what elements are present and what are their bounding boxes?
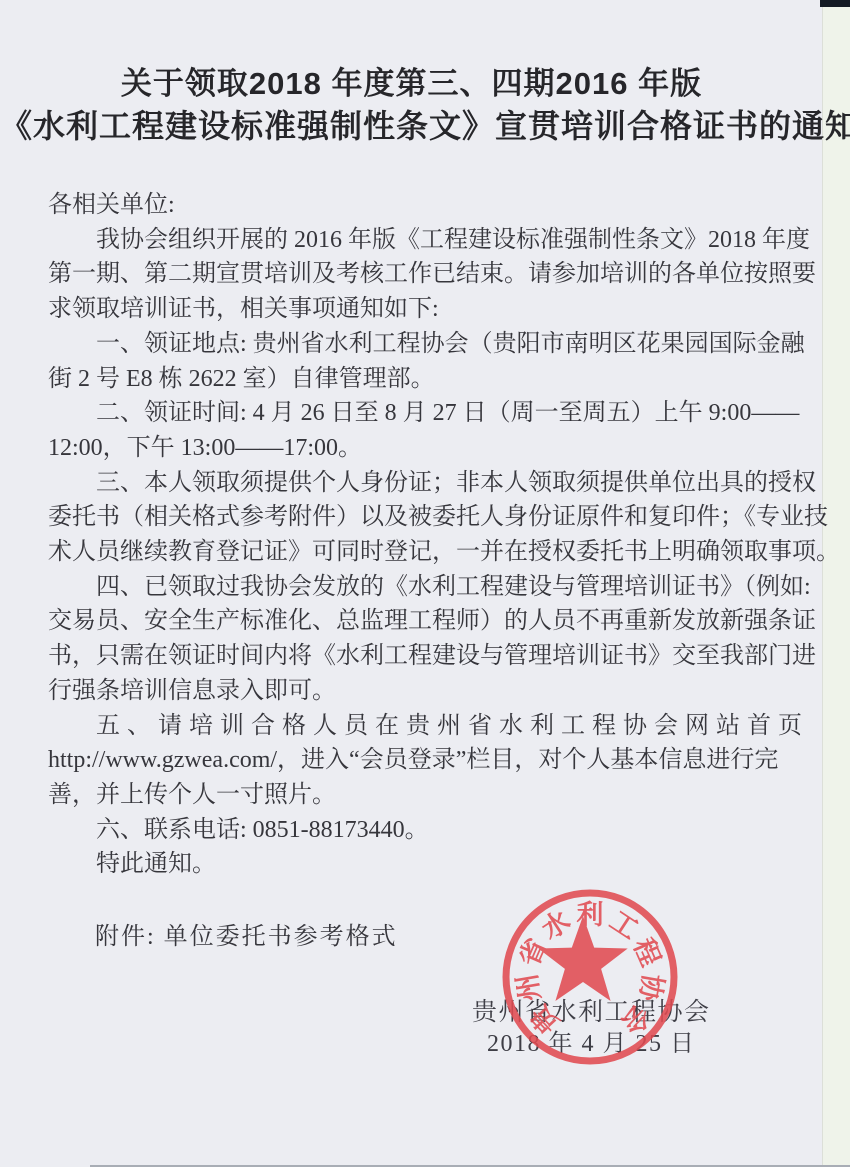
document-line: 善，并上传个人一寸照片。 [48,778,814,813]
document-line: 五、请培训合格人员在贵州省水利工程协会网站首页 [48,709,814,744]
document-line: 街 2 号 E8 栋 2622 室）自律管理部。 [48,362,814,397]
document-line: 求领取培训证书，相关事项通知如下: [48,292,814,327]
document-title-line-1: 关于领取2018 年度第三、四期2016 年版 [0,58,823,103]
scanner-edge-strip [822,0,850,1167]
document-line: 12:00，下午 13:00——17:00。 [48,431,814,466]
official-seal-icon: 贵州省水利工程协会 [495,882,685,1072]
seal-character: 省 [514,934,552,971]
document-line: 六、联系电话: 0851-88173440。 [48,813,814,848]
document-title-line-2: 《水利工程建设标准强制性条文》宣贯培训合格证书的通知 [0,101,823,147]
document-line: http://www.gzwea.com/，进入“会员登录”栏目，对个人基本信息… [48,743,814,778]
document-body: 各相关单位:我协会组织开展的 2016 年版《工程建设标准强制性条文》2018 … [48,188,814,882]
document-line: 行强条培训信息录入即可。 [48,674,814,709]
document-line: 第一期、第二期宣贯培训及考核工作已结束。请参加培训的各单位按照要 [48,257,814,292]
document-line: 四、已领取过我协会发放的《水利工程建设与管理培训证书》（例如: [48,570,814,605]
document-line: 二、领证时间: 4 月 26 日至 8 月 27 日（周一至周五）上午 9:00… [48,396,814,431]
seal-character: 协 [634,972,668,1005]
seal-character: 州 [512,972,546,1004]
document-line: 特此通知。 [48,847,814,882]
attachment-note: 附件: 单位委托书参考格式 [95,916,398,951]
seal-character: 利 [577,899,604,930]
document-line: 书，只需在领证时间内将《水利工程建设与管理培训证书》交至我部门进 [48,639,814,674]
document-line: 一、领证地点: 贵州省水利工程协会（贵阳市南明区花果园国际金融 [48,327,814,362]
document-line: 交易员、安全生产标准化、总监理工程师）的人员不再重新发放新强条证 [48,604,814,639]
scanner-dark-band [820,0,850,7]
document-line: 三、本人领取须提供个人身份证；非本人领取须提供单位出具的授权 [48,466,814,501]
document-line: 术人员继续教育登记证》可同时登记，一并在授权委托书上明确领取事项。 [48,535,814,570]
document-line: 我协会组织开展的 2016 年版《工程建设标准强制性条文》2018 年度 [48,223,814,258]
document-line: 各相关单位: [48,188,814,223]
document-line: 委托书（相关格式参考附件）以及被委托人身份证原件和复印件；《专业技 [48,500,814,535]
